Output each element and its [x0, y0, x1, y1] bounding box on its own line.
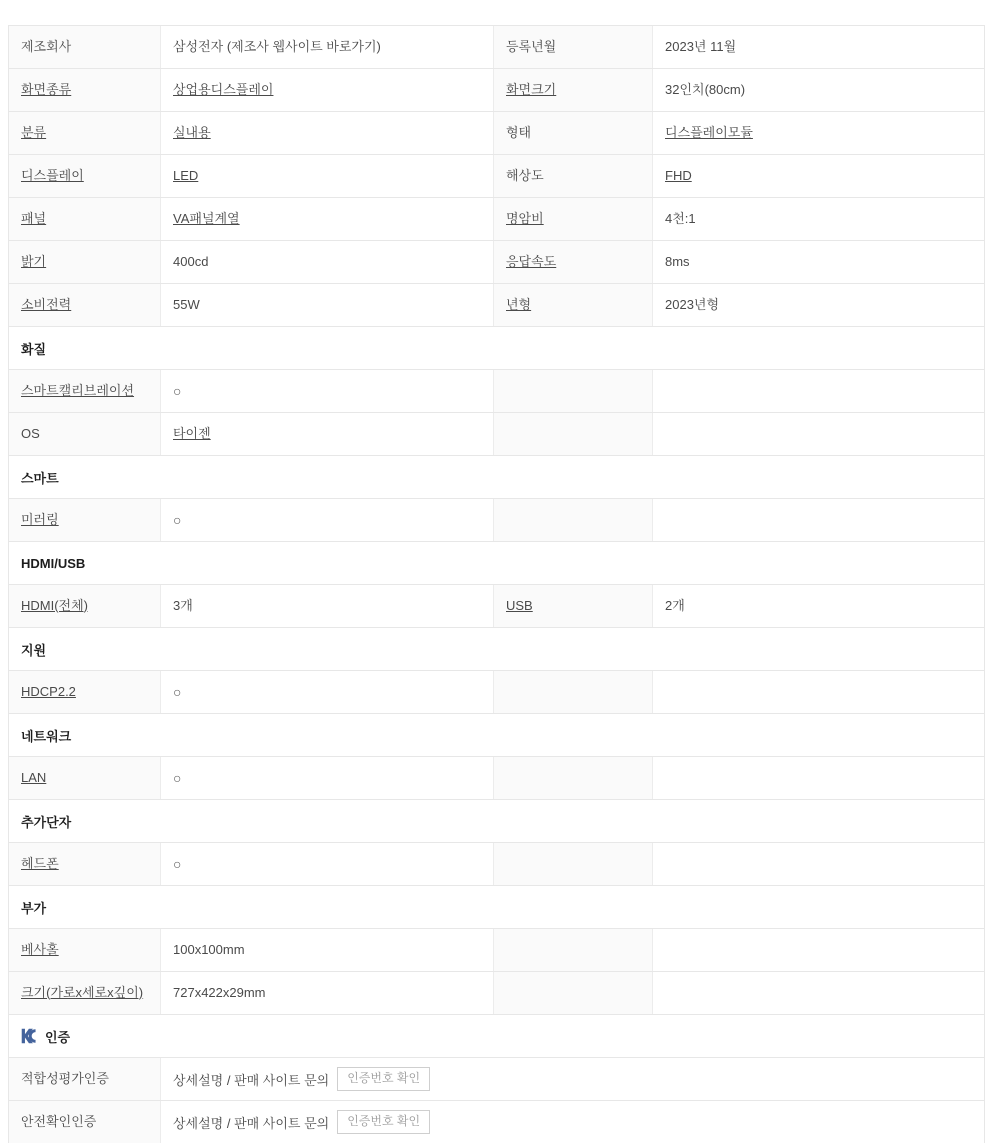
empty-label-cell: [494, 413, 653, 455]
spec-label-cell: 디스플레이: [9, 155, 161, 197]
spec-label: 제조회사: [21, 38, 71, 57]
spec-value: 400cd: [173, 253, 208, 272]
spec-row: LAN○: [9, 757, 984, 800]
spec-row: 안전확인인증상세설명 / 판매 사이트 문의인증번호 확인: [9, 1101, 984, 1143]
spec-label-cell: 해상도: [494, 155, 653, 197]
section-title: 부가: [21, 898, 46, 917]
spec-value: 55W: [173, 296, 200, 315]
empty-value-cell: [653, 499, 984, 541]
spec-value: 727x422x29mm: [173, 984, 266, 1003]
spec-value-cell: 삼성전자 (제조사 웹사이트 바로가기): [161, 26, 494, 68]
empty-value-cell: [653, 370, 984, 412]
page: { "colors": { "label_cell_bg": "#fafafa"…: [0, 0, 1000, 1143]
spec-section-header: 스마트: [9, 456, 984, 499]
spec-label[interactable]: 베사홀: [21, 941, 59, 960]
spec-label-cell: 제조회사: [9, 26, 161, 68]
supported-circle-mark: ○: [173, 381, 181, 401]
empty-label-cell: [494, 757, 653, 799]
spec-label[interactable]: HDMI(전체): [21, 597, 88, 616]
supported-circle-mark: ○: [173, 510, 181, 530]
spec-row: 크기(가로x세로x깊이)727x422x29mm: [9, 972, 984, 1015]
cert-description: 상세설명 / 판매 사이트 문의: [173, 1070, 329, 1089]
spec-value-cell: 8ms: [653, 241, 984, 283]
section-title: 화질: [21, 339, 46, 358]
empty-label-cell: [494, 929, 653, 971]
spec-value-cell: ○: [161, 671, 494, 713]
spec-value-cell: 4천:1: [653, 198, 984, 240]
spec-label-cell: 베사홀: [9, 929, 161, 971]
spec-label-cell: USB: [494, 585, 653, 627]
spec-row: 헤드폰○: [9, 843, 984, 886]
spec-label[interactable]: 디스플레이: [21, 167, 84, 186]
spec-label-cell: 미러링: [9, 499, 161, 541]
spec-label-cell: 분류: [9, 112, 161, 154]
empty-label-cell: [494, 843, 653, 885]
spec-row: 밝기400cd응답속도8ms: [9, 241, 984, 284]
spec-value: 100x100mm: [173, 941, 245, 960]
spec-value-cell: 2023년 11월: [653, 26, 984, 68]
cert-description: 상세설명 / 판매 사이트 문의: [173, 1113, 329, 1132]
spec-label-cell: 적합성평가인증: [9, 1058, 161, 1100]
supported-circle-mark: ○: [173, 768, 181, 788]
spec-label-cell: 화면종류: [9, 69, 161, 111]
cert-number-check-button[interactable]: 인증번호 확인: [337, 1067, 430, 1091]
spec-row: 분류실내용형태디스플레이모듈: [9, 112, 984, 155]
spec-row: HDCP2.2○: [9, 671, 984, 714]
spec-label: 해상도: [506, 167, 544, 186]
supported-circle-mark: ○: [173, 682, 181, 702]
spec-section-header: 네트워크: [9, 714, 984, 757]
spec-label[interactable]: 크기(가로x세로x깊이): [21, 984, 143, 1003]
spec-label[interactable]: USB: [506, 597, 533, 616]
empty-value-cell: [653, 972, 984, 1014]
spec-value-cell: ○: [161, 843, 494, 885]
spec-label-cell: 명암비: [494, 198, 653, 240]
spec-value-cell: 2개: [653, 585, 984, 627]
empty-value-cell: [653, 413, 984, 455]
spec-section-header: HDMI/USB: [9, 542, 984, 585]
spec-value: 8ms: [665, 253, 690, 272]
spec-row: 패널VA패널계열명암비4천:1: [9, 198, 984, 241]
spec-value[interactable]: 디스플레이모듈: [665, 124, 753, 143]
spec-value-cell: ○: [161, 757, 494, 799]
spec-label: 등록년월: [506, 38, 556, 57]
spec-value[interactable]: 상업용디스플레이: [173, 81, 273, 100]
spec-label-cell: 패널: [9, 198, 161, 240]
spec-label[interactable]: 분류: [21, 124, 46, 143]
spec-label[interactable]: 명암비: [506, 210, 544, 229]
spec-row: 스마트캘리브레이션○: [9, 370, 984, 413]
spec-value-cell: 727x422x29mm: [161, 972, 494, 1014]
spec-value: 2023년 11월: [665, 38, 736, 57]
spec-value[interactable]: VA패널계열: [173, 210, 240, 229]
spec-label[interactable]: 응답속도: [506, 253, 556, 272]
supported-circle-mark: ○: [173, 854, 181, 874]
section-title: HDMI/USB: [21, 556, 85, 571]
spec-value-cell: 100x100mm: [161, 929, 494, 971]
spec-value-cell: 실내용: [161, 112, 494, 154]
spec-value[interactable]: 타이젠: [173, 425, 211, 444]
spec-section-header: 지원: [9, 628, 984, 671]
spec-value-cell: 400cd: [161, 241, 494, 283]
empty-label-cell: [494, 972, 653, 1014]
section-title: 스마트: [21, 468, 59, 487]
spec-section-header: 부가: [9, 886, 984, 929]
spec-value: 3개: [173, 597, 193, 616]
empty-value-cell: [653, 843, 984, 885]
spec-section-header: 화질: [9, 327, 984, 370]
spec-row: 베사홀100x100mm: [9, 929, 984, 972]
spec-value-cell: 타이젠: [161, 413, 494, 455]
spec-value: 삼성전자 (제조사 웹사이트 바로가기): [173, 38, 381, 57]
spec-label[interactable]: 스마트캘리브레이션: [21, 382, 134, 401]
spec-section-header: 추가단자: [9, 800, 984, 843]
spec-label[interactable]: 밝기: [21, 253, 46, 272]
spec-label[interactable]: 년형: [506, 296, 531, 315]
spec-value-cell: ○: [161, 499, 494, 541]
section-title: 추가단자: [21, 812, 71, 831]
cert-number-check-button[interactable]: 인증번호 확인: [337, 1110, 430, 1134]
spec-row: OS타이젠: [9, 413, 984, 456]
spec-label-cell: 안전확인인증: [9, 1101, 161, 1143]
empty-value-cell: [653, 757, 984, 799]
cert-value-cell: 상세설명 / 판매 사이트 문의인증번호 확인: [161, 1058, 984, 1100]
spec-label-cell: 소비전력: [9, 284, 161, 326]
spec-value: 2023년형: [665, 296, 719, 315]
spec-value[interactable]: LED: [173, 167, 198, 186]
spec-row: 제조회사삼성전자 (제조사 웹사이트 바로가기)등록년월2023년 11월: [9, 26, 984, 69]
spec-label-cell: 스마트캘리브레이션: [9, 370, 161, 412]
spec-label-cell: 크기(가로x세로x깊이): [9, 972, 161, 1014]
spec-value[interactable]: 실내용: [173, 124, 211, 143]
spec-label[interactable]: 소비전력: [21, 296, 71, 315]
spec-row: HDMI(전체)3개USB2개: [9, 585, 984, 628]
spec-label: 안전확인인증: [21, 1113, 96, 1132]
spec-value-cell: ○: [161, 370, 494, 412]
spec-label-cell: 헤드폰: [9, 843, 161, 885]
spec-value-cell: 55W: [161, 284, 494, 326]
spec-label-cell: LAN: [9, 757, 161, 799]
spec-label-cell: OS: [9, 413, 161, 455]
spec-label[interactable]: 미러링: [21, 511, 59, 530]
spec-row: 디스플레이LED해상도FHD: [9, 155, 984, 198]
spec-row: 소비전력55W년형2023년형: [9, 284, 984, 327]
spec-section-header: 인증: [9, 1015, 984, 1058]
spec-label[interactable]: 헤드폰: [21, 855, 59, 874]
spec-value: 4천:1: [665, 210, 696, 229]
kc-certification-icon: [21, 1028, 39, 1044]
spec-label-cell: 밝기: [9, 241, 161, 283]
spec-label[interactable]: 화면크기: [506, 81, 556, 100]
empty-label-cell: [494, 499, 653, 541]
spec-label-cell: HDMI(전체): [9, 585, 161, 627]
spec-value-cell: 2023년형: [653, 284, 984, 326]
spec-label[interactable]: 화면종류: [21, 81, 71, 100]
section-title: 지원: [21, 640, 46, 659]
empty-value-cell: [653, 929, 984, 971]
spec-label[interactable]: LAN: [21, 769, 46, 788]
section-title: 네트워크: [21, 726, 71, 745]
spec-label-cell: 년형: [494, 284, 653, 326]
spec-value-cell: 3개: [161, 585, 494, 627]
spec-value-cell: LED: [161, 155, 494, 197]
spec-label: 형태: [506, 124, 531, 143]
empty-value-cell: [653, 671, 984, 713]
spec-value: 2개: [665, 597, 685, 616]
spec-label: OS: [21, 425, 40, 444]
spec-value-cell: 디스플레이모듈: [653, 112, 984, 154]
spec-label-cell: 응답속도: [494, 241, 653, 283]
spec-row: 화면종류상업용디스플레이화면크기32인치(80cm): [9, 69, 984, 112]
spec-value: 32인치(80cm): [665, 81, 745, 100]
spec-row: 적합성평가인증상세설명 / 판매 사이트 문의인증번호 확인: [9, 1058, 984, 1101]
section-title: 인증: [45, 1027, 70, 1046]
spec-value-cell: VA패널계열: [161, 198, 494, 240]
spec-value-cell: FHD: [653, 155, 984, 197]
spec-label[interactable]: 패널: [21, 210, 46, 229]
empty-label-cell: [494, 370, 653, 412]
spec-value-cell: 32인치(80cm): [653, 69, 984, 111]
spec-value[interactable]: FHD: [665, 167, 692, 186]
spec-row: 미러링○: [9, 499, 984, 542]
empty-label-cell: [494, 671, 653, 713]
spec-label-cell: HDCP2.2: [9, 671, 161, 713]
spec-label: 적합성평가인증: [21, 1070, 109, 1089]
spec-label-cell: 등록년월: [494, 26, 653, 68]
product-spec-table: 제조회사삼성전자 (제조사 웹사이트 바로가기)등록년월2023년 11월화면종…: [8, 25, 985, 1143]
cert-value-cell: 상세설명 / 판매 사이트 문의인증번호 확인: [161, 1101, 984, 1143]
spec-label-cell: 형태: [494, 112, 653, 154]
spec-value-cell: 상업용디스플레이: [161, 69, 494, 111]
spec-label-cell: 화면크기: [494, 69, 653, 111]
spec-label[interactable]: HDCP2.2: [21, 683, 76, 702]
